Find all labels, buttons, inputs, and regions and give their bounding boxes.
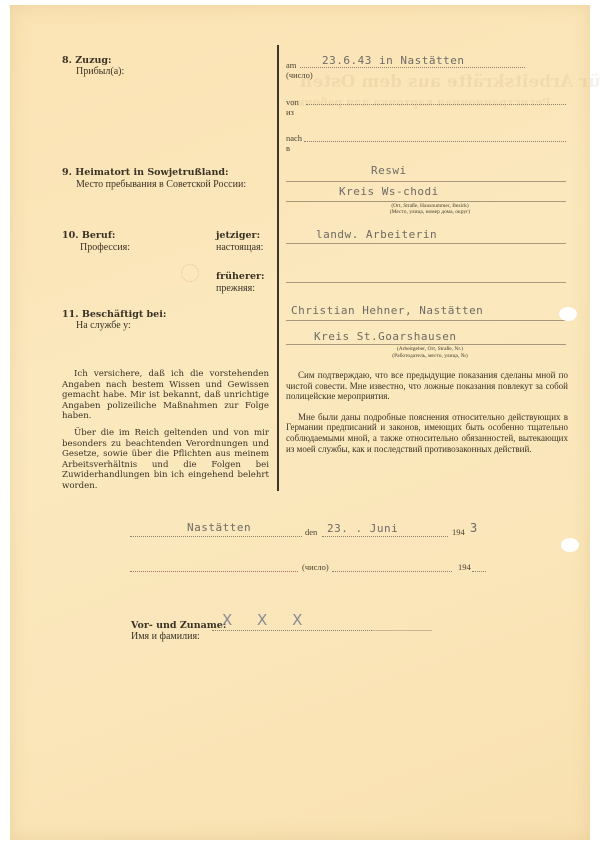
arrival-date-label-ru: (число) [286,70,313,80]
arrival-label-de: Zuzug: [75,55,111,66]
employed-by-label-de: Beschäftigt bei: [82,309,167,320]
name-field[interactable]: X X X [222,611,312,629]
field-number-9: 9. [62,167,72,178]
declaration-de-paragraph-2: Über die im Reich geltenden und von mir … [62,428,269,492]
column-divider [277,45,279,491]
faint-stamp-mark [181,264,199,282]
name-label-ru: Имя и фамилия: [131,631,200,642]
declaration-de-paragraph-1: Ich versichere, daß ich die vorstehenden… [62,369,269,422]
declaration-ru-paragraph-1: Сим подтверждаю, что все предыдущие пока… [286,370,568,402]
punch-hole [559,307,577,321]
signature-date-label-ru: (число) [302,562,329,572]
signature-year-prefix-ru: 194 [458,562,471,572]
signature-place-field[interactable]: Nastätten [187,521,251,534]
profession-current-field[interactable]: landw. Arbeiterin [316,228,437,241]
field-number-10: 10. [62,230,79,241]
arrival-from-label-ru: из [286,107,294,117]
employer-hint-ru: (Работодатель, место, улица, №) [350,353,510,360]
profession-label-de: Beruf: [82,230,116,241]
profession-current-label-ru: настоящая: [216,242,263,253]
declaration-ru-paragraph-2: Мне были даны подробные пояснения относи… [286,412,568,454]
signature-den-label: den [305,527,317,537]
profession-current-label-de: jetziger: [216,230,260,241]
home-town-hint-ru: (Место, улица, номер дома, округ) [350,209,510,216]
punch-hole [561,538,579,552]
home-town-label-de: Heimatort in Sowjetrußland: [75,167,228,178]
employed-by-label-ru: На службе у: [76,320,131,331]
home-town-label-ru: Место пребывания в Советской России: [76,179,246,190]
field-number-11: 11. [62,309,79,320]
employer-hint-de: (Arbeitgeber, Ort, Straße, Nr.) [350,346,510,353]
bleed-through-text: Arbeitskarte für Arbeitskräfte aus dem O… [300,72,600,92]
arrival-date-field[interactable]: 23.6.43 in Nastätten [322,54,464,67]
arrival-label-ru: Прибыл(а): [76,66,124,77]
profession-former-label-ru: прежняя: [216,283,255,294]
employer-field-line1[interactable]: Christian Hehner, Nastätten [291,304,483,317]
profession-former-label-de: früherer: [216,271,265,282]
home-town-field-line1[interactable]: Reswi [371,164,407,177]
arrival-date-label-de: am [286,60,296,70]
profession-label-ru: Профессия: [80,242,130,253]
home-town-field-line2[interactable]: Kreis Ws-chodi [339,185,439,198]
signature-day-field[interactable]: 23. . Juni [327,522,398,535]
profession-former-field[interactable] [300,266,550,278]
signature-year-prefix: 194 [452,527,465,537]
arrival-to-label-de: nach [286,133,302,143]
arrival-from-label-de: von [286,97,299,107]
declaration-de: Ich versichere, daß ich die vorstehenden… [62,369,269,498]
signature-year-digit[interactable]: 3 [470,521,478,535]
arrival-to-label-ru: в [286,143,290,153]
employer-field-line2[interactable]: Kreis St.Goarshausen [314,330,456,343]
arrival-to-field[interactable] [310,128,560,140]
arrival-from-field[interactable] [310,92,560,104]
declaration-ru: Сим подтверждаю, что все предыдущие пока… [286,370,568,460]
field-number-8: 8. [62,55,72,66]
